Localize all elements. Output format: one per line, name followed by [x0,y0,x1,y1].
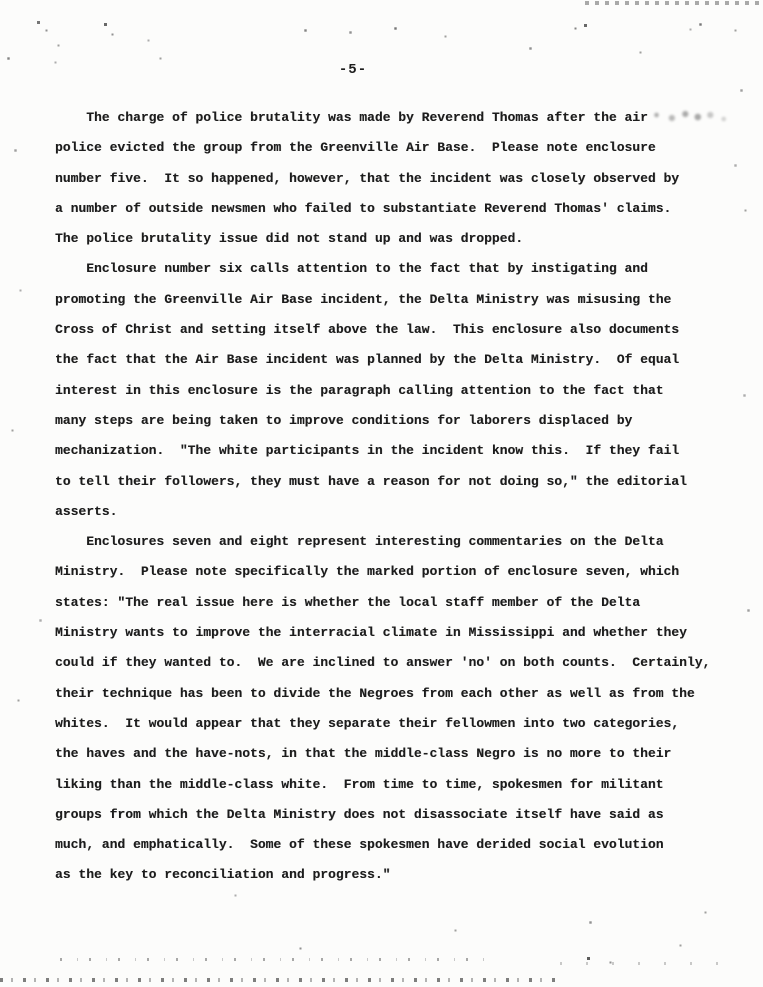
text-line: Ministry. Please note specifically the m… [55,557,735,587]
scanned-document-page: -5- The charge of police brutality was m… [0,0,763,987]
text-line: states: "The real issue here is whether … [55,588,735,618]
scan-edge-noise [60,958,490,961]
text-line: could if they wanted to. We are inclined… [55,648,735,678]
text-line: groups from which the Delta Ministry doe… [55,800,735,830]
speckle-noise [0,0,1,1]
text-line: the haves and the have-nots, in that the… [55,739,735,769]
text-line: Ministry wants to improve the interracia… [55,618,735,648]
page-number: -5- [0,62,706,78]
text-line: police evicted the group from the Greenv… [55,133,735,163]
text-line: The charge of police brutality was made … [55,103,735,133]
text-line: asserts. [55,497,735,527]
text-line: promoting the Greenville Air Base incide… [55,285,735,315]
text-line: mechanization. "The white participants i… [55,436,735,466]
scan-edge-noise [560,962,740,965]
document-body: The charge of police brutality was made … [55,103,735,891]
scan-edge-noise [0,978,560,982]
text-line: their technique has been to divide the N… [55,679,735,709]
text-line: many steps are being taken to improve co… [55,406,735,436]
text-line: much, and emphatically. Some of these sp… [55,830,735,860]
text-line: Enclosures seven and eight represent int… [55,527,735,557]
text-line: to tell their followers, they must have … [55,467,735,497]
text-line: whites. It would appear that they separa… [55,709,735,739]
text-line: Cross of Christ and setting itself above… [55,315,735,345]
text-line: Enclosure number six calls attention to … [55,254,735,284]
text-line: liking than the middle-class white. From… [55,770,735,800]
text-line: number five. It so happened, however, th… [55,164,735,194]
dotted-edge-mark [585,1,763,5]
text-line: interest in this enclosure is the paragr… [55,376,735,406]
text-line: a number of outside newsmen who failed t… [55,194,735,224]
text-line: the fact that the Air Base incident was … [55,345,735,375]
text-line: The police brutality issue did not stand… [55,224,735,254]
text-line: as the key to reconciliation and progres… [55,860,735,890]
